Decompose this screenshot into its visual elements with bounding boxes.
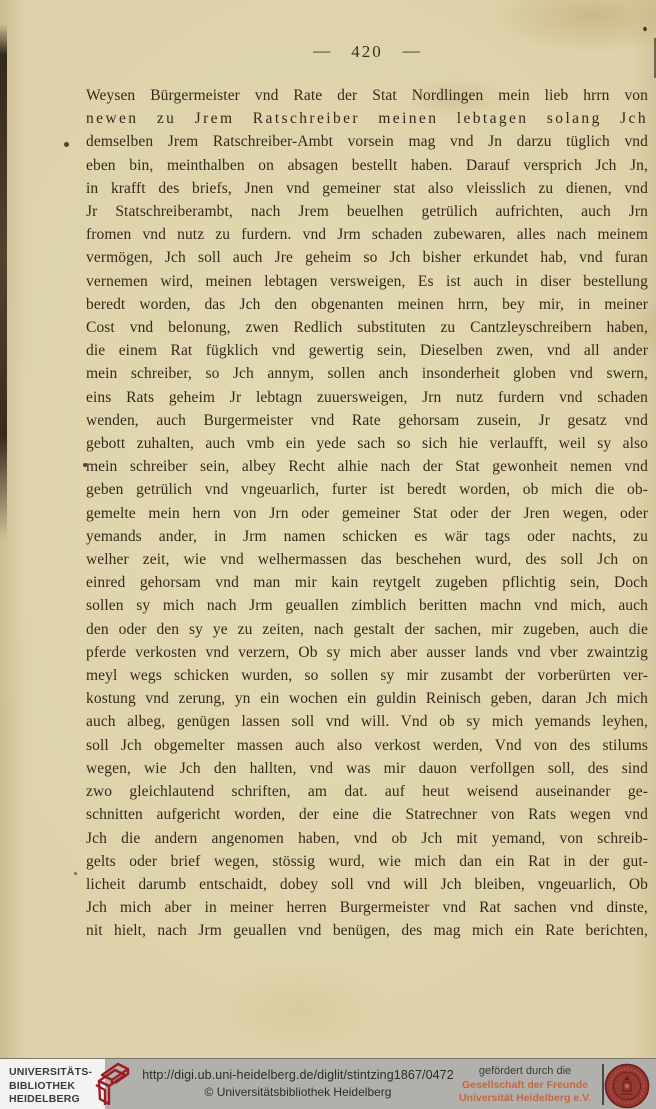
text-block: Weysen Bürgermeister vnd Rate der Stat N… [86,84,648,943]
text-line: die einem Rat fügklich vnd gewertig sein… [86,339,648,362]
funding-line: Gesellschaft der Freunde [452,1079,598,1092]
funding-line: gefördert durch die [452,1065,598,1079]
text-line: fromen vnd nutz zu furdern. vnd Jrm scha… [86,223,648,246]
footer-banner: UNIVERSITÄTS- BIBLIOTHEK HEIDELBERG http… [0,1058,656,1109]
text-line: zwo gleichlautend schriften, am dat. auf… [86,780,648,803]
page-number-dash: — [313,41,331,61]
university-seal-icon [604,1063,650,1109]
text-line: nit hielt, nach Jrm geuallen vnd benügen… [86,919,648,942]
page-number: —420— [86,42,648,62]
text-line: wenden, auch Burgermeister vnd Rate geho… [86,409,648,432]
text-line: vermögen, Jch soll auch Jre geheim so Jc… [86,246,648,269]
text-line: beredt worden, das Jch den obgenanten me… [86,293,648,316]
text-line: mein schreiber sein, albey Recht alhie n… [86,455,648,478]
text-line: eins Rats geheim Jr lebtagn zuuersweigen… [86,386,648,409]
text-line: soll Jch obgemelter massen auch also ver… [86,734,648,757]
text-line: in krafft des briefs, Jnen vnd gemeiner … [86,177,648,200]
digitization-reference: http://digi.ub.uni-heidelberg.de/diglit/… [138,1068,458,1099]
text-line: mein schreiber, so Jch annym, sollen anc… [86,362,648,385]
text-line: pferde verkosten vnd verzern, Ob sy mich… [86,641,648,664]
text-line: geben getrülich vnd vngeuarlich, furter … [86,478,648,501]
text-line: gelts oder brief wegen, stössig wurd, wi… [86,850,648,873]
text-line: einred gehorsam vnd man mir kain reytgel… [86,571,648,594]
text-line: welher zeit, wie vnd welhermassen das be… [86,548,648,571]
text-line: schnitten aufgericht worden, der eine di… [86,803,648,826]
text-line: gemelte mein hern von Jrn oder gemeiner … [86,502,648,525]
page-url: http://digi.ub.uni-heidelberg.de/diglit/… [138,1068,458,1082]
text-line: Jch mich aber in meiner herren Burgermei… [86,896,648,919]
text-line: yemands ander, in Jrm namen schicken es … [86,525,648,548]
scanned-page-view: —420— Weysen Bürgermeister vnd Rate der … [0,0,656,1109]
text-line: Weysen Bürgermeister vnd Rate der Stat N… [86,84,648,107]
text-line: newen zu Jrem Ratschreiber meinen lebtag… [86,107,648,130]
text-line: meyl wegs schicken wurden, so sollen sy … [86,664,648,687]
text-line: Cost vnd belonung, zwen Redlich substitu… [86,316,648,339]
funding-line: Universität Heidelberg e.V. [452,1092,598,1105]
margin-mark [64,142,69,147]
text-line: den oder den sy ye zu zeiten, nach gesta… [86,618,648,641]
text-line: eben bin, meinthalben on absagen bestell… [86,154,648,177]
text-line: Jr Statschreiberambt, nach Jrem beuelhen… [86,200,648,223]
copyright-notice: © Universitätsbibliothek Heidelberg [138,1085,458,1099]
text-line: wegen, wie Jch den hallten, vnd was mir … [86,757,648,780]
book-gutter-shadow [0,24,7,540]
text-line: vernemen wird, meinen lebtagen versweige… [86,270,648,293]
text-line: gebott zuhalten, auch vmb ein yede sach … [86,432,648,455]
text-line: Jch die andern angenomen haben, vnd ob J… [86,827,648,850]
text-line: auch albeg, genügen lassen soll vnd will… [86,710,648,733]
page-number-dash: — [403,41,421,61]
text-line: licheit darumb entschaidt, dobey soll vn… [86,873,648,896]
funding-note: gefördert durch die Gesellschaft der Fre… [452,1065,598,1105]
text-line: demselben Jrem Ratschreiber-Ambt vorsein… [86,130,648,153]
margin-mark [74,872,77,875]
stacked-books-icon [88,1061,134,1108]
text-line: sollen sy mich nach Jrm geuallen zimblic… [86,594,648,617]
text-line: kostung vnd zerung, yn ein wochen ein gu… [86,687,648,710]
